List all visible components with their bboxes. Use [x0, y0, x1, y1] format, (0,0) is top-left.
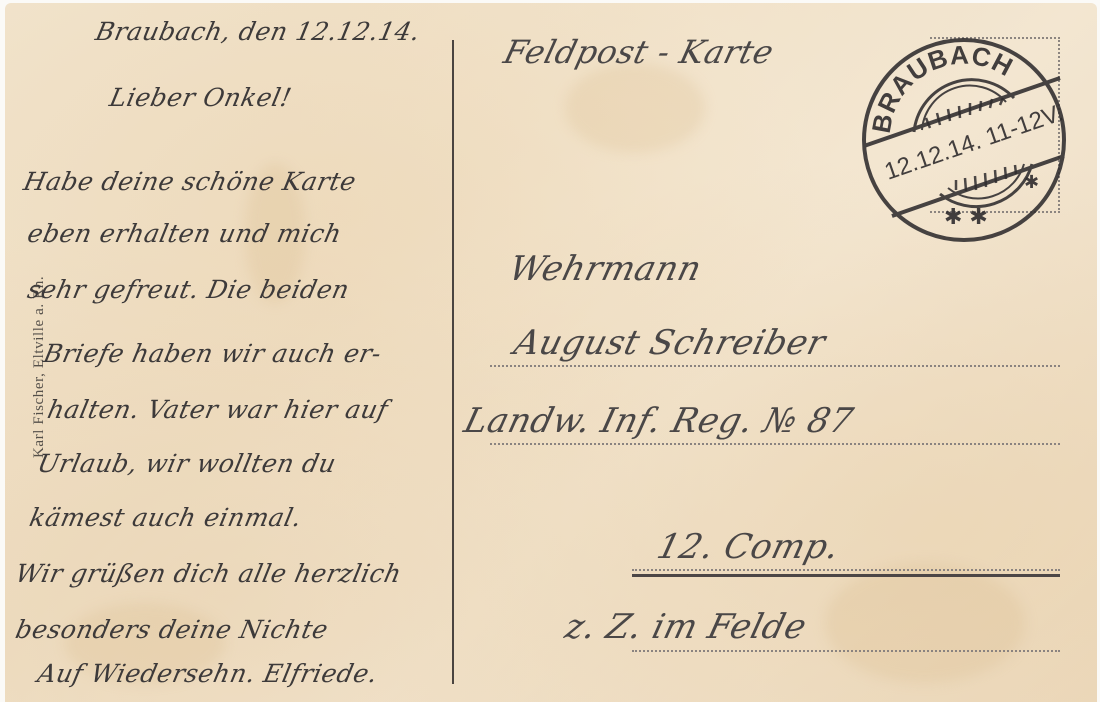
message-line-salutation: Lieber Onkel! — [107, 83, 294, 112]
address-header: Feldpost - Karte — [500, 33, 778, 71]
paper-stain — [565, 63, 705, 153]
message-line: Habe deine schöne Karte — [21, 167, 359, 196]
postmark-stamp: BRAUBACH 12.12.14. 11-12V. ✱ ✱ ✱ — [852, 28, 1072, 248]
paper-stain — [825, 563, 1025, 683]
message-line: Briefe haben wir auch er- — [41, 339, 384, 368]
postmark-stars: ✱ ✱ — [944, 205, 988, 230]
postmark-icon: BRAUBACH 12.12.14. 11-12V. ✱ ✱ ✱ — [852, 28, 1072, 248]
address-dotted-line — [632, 569, 1060, 571]
message-line-date: Braubach, den 12.12.14. — [93, 17, 423, 46]
message-line: Wir grüßen dich alle herzlich — [13, 559, 404, 588]
message-line: eben erhalten und mich — [25, 219, 344, 248]
address-line-location: z. Z. im Felde — [561, 607, 811, 647]
address-line-company: 12. Comp. — [653, 527, 844, 567]
card-divider-line — [452, 40, 454, 684]
message-line: sehr gefreut. Die beiden — [25, 275, 352, 304]
postmark-star: ✱ — [1024, 172, 1039, 193]
address-dotted-line — [490, 443, 1060, 445]
message-line-signature: Auf Wiedersehn. Elfriede. — [35, 659, 381, 688]
address-line-name: August Schreiber — [510, 323, 830, 363]
message-line: besonders deine Nichte — [13, 615, 331, 644]
message-line: kämest auch einmal. — [27, 503, 305, 532]
message-line: halten. Vater war hier auf — [45, 395, 391, 424]
address-dotted-line — [490, 365, 1060, 367]
address-dotted-line — [632, 650, 1060, 652]
message-line: Urlaub, wir wollten du — [35, 449, 339, 478]
address-line-regiment: Landw. Inf. Reg. № 87 — [460, 401, 857, 441]
address-underline — [632, 574, 1060, 577]
address-line-rank: Wehrmann — [505, 249, 706, 289]
